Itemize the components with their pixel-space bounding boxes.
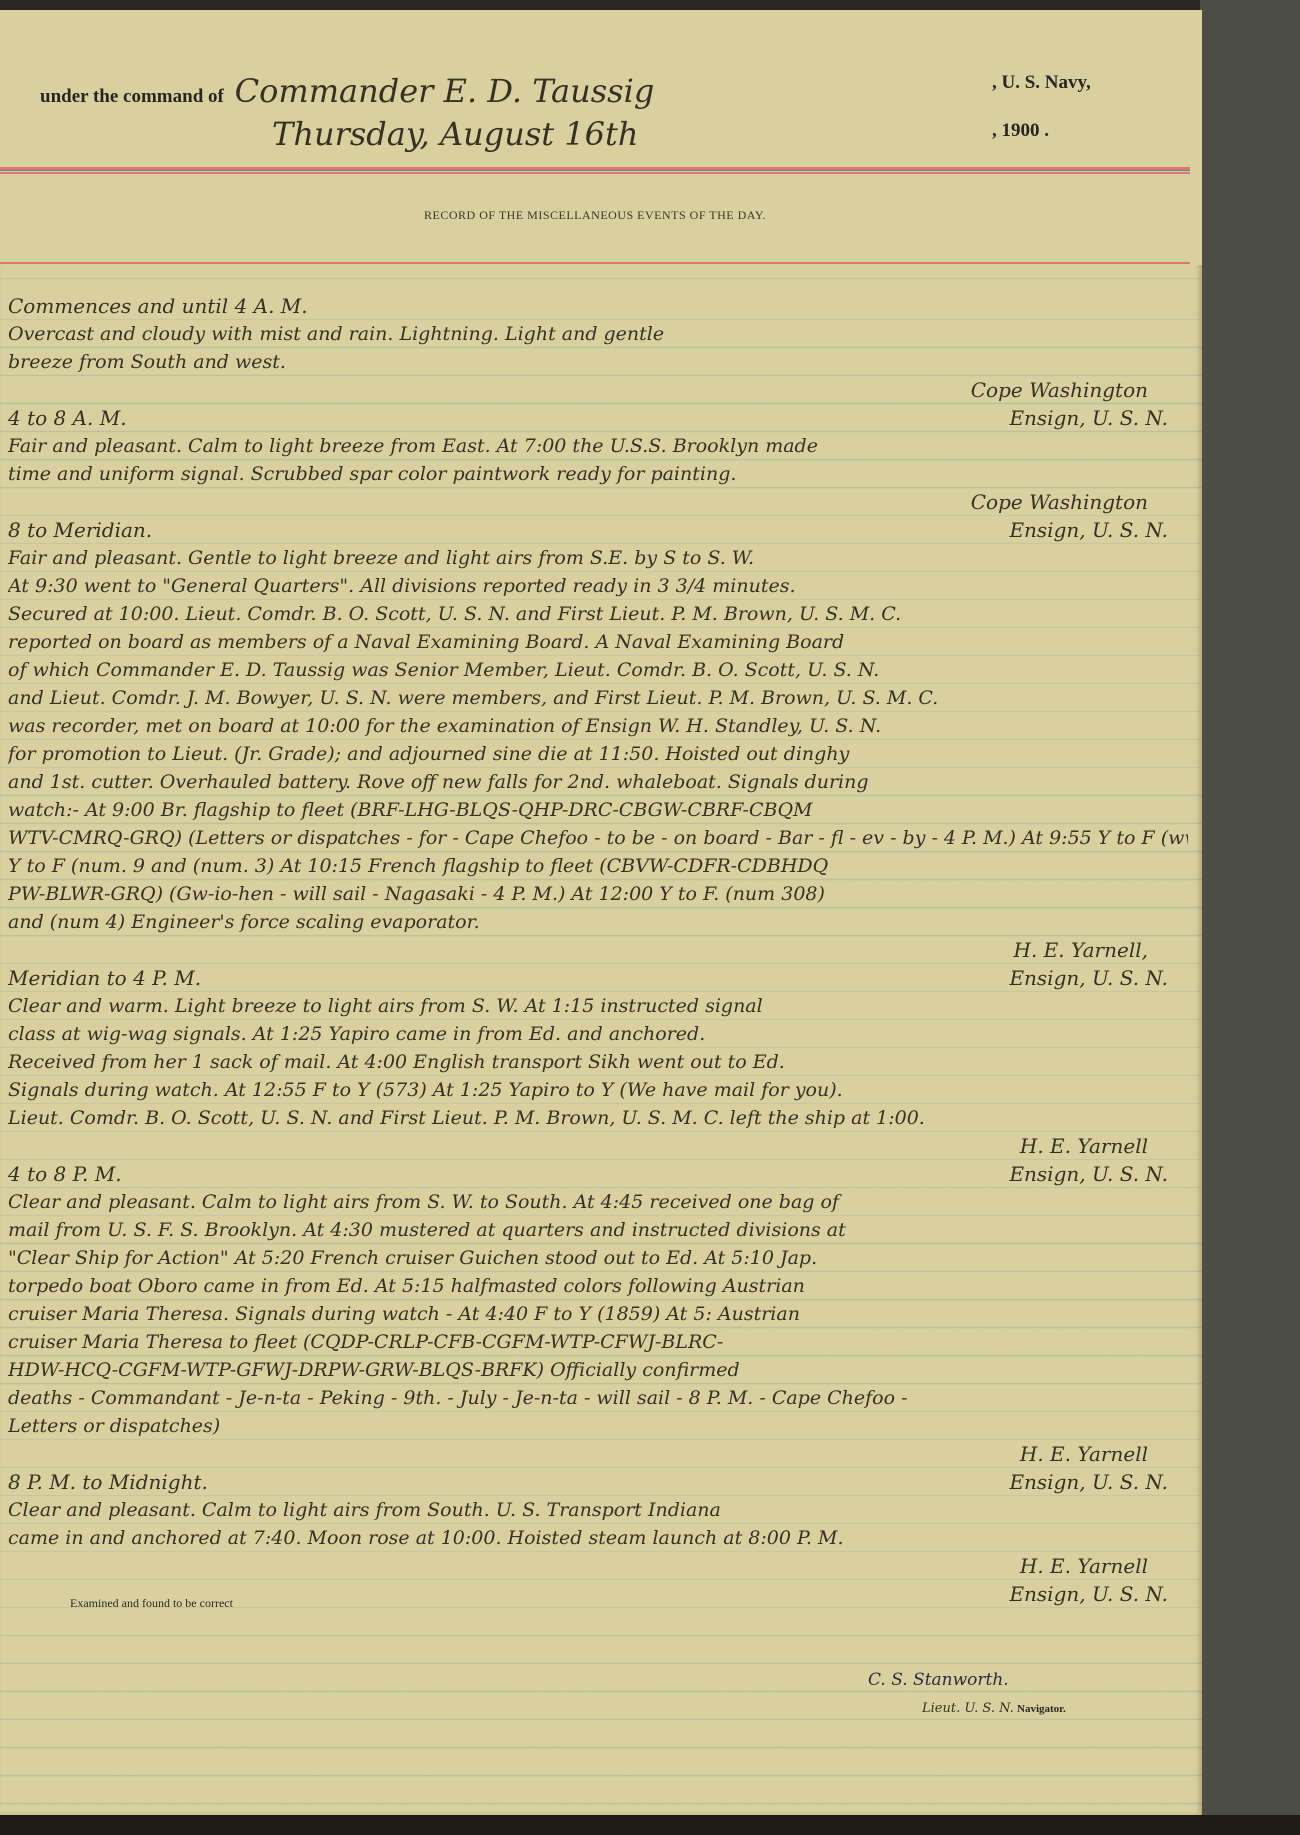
log-page: under the command of Commander E. D. Tau… xyxy=(0,10,1202,1815)
officer-signature: H. E. Yarnell xyxy=(8,1552,1188,1580)
watch-heading-text: 8 to Meridian. xyxy=(8,518,152,542)
watch-heading-text: Meridian to 4 P. M. xyxy=(8,966,201,990)
log-line: At 9:30 went to "General Quarters". All … xyxy=(8,572,1188,600)
officer-signature: Cope Washington xyxy=(8,488,1188,516)
log-line: and (num 4) Engineer's force scaling eva… xyxy=(8,908,1188,936)
log-line: class at wig-wag signals. At 1:25 Yapiro… xyxy=(8,1020,1188,1048)
officer-rank: Ensign, U. S. N. xyxy=(1009,1468,1168,1496)
log-line: deaths - Commandant - Je-n-ta - Peking -… xyxy=(8,1384,1188,1412)
log-line: Overcast and cloudy with mist and rain. … xyxy=(8,320,1188,348)
watch-heading: Meridian to 4 P. M. Ensign, U. S. N. xyxy=(8,964,1188,992)
header-blue-rule xyxy=(0,170,1190,171)
navigator-printed-label: Navigator. xyxy=(1017,1703,1066,1715)
watch-heading: 4 to 8 A. M. Ensign, U. S. N. xyxy=(8,404,1188,432)
log-line: cruiser Maria Theresa. Signals during wa… xyxy=(8,1300,1188,1328)
examined-label: Examined and found to be correct xyxy=(70,1596,233,1611)
navy-suffix: , U. S. Navy, xyxy=(992,72,1091,94)
officer-rank: Ensign, U. S. N. xyxy=(1009,1160,1168,1188)
section-red-rule xyxy=(0,262,1190,264)
log-line: cruiser Maria Theresa to fleet (CQDP-CRL… xyxy=(8,1328,1188,1356)
log-line: watch:- At 9:00 Br. flagship to fleet (B… xyxy=(8,796,1188,824)
watch-heading-text: 4 to 8 A. M. xyxy=(8,406,127,430)
log-line: was recorder, met on board at 10:00 for … xyxy=(8,712,1188,740)
log-line: for promotion to Lieut. (Jr. Grade); and… xyxy=(8,740,1188,768)
officer-signature: H. E. Yarnell xyxy=(8,1440,1188,1468)
officer-signature: H. E. Yarnell xyxy=(8,1132,1188,1160)
log-line: mail from U. S. F. S. Brooklyn. At 4:30 … xyxy=(8,1216,1188,1244)
watch-heading-text: 8 P. M. to Midnight. xyxy=(8,1470,208,1494)
officer-rank: Ensign, U. S. N. xyxy=(1009,964,1168,992)
officer-rank: Ensign, U. S. N. xyxy=(1009,404,1168,432)
record-title: RECORD OF THE MISCELLANEOUS EVENTS OF TH… xyxy=(0,208,1190,223)
officer-signature: H. E. Yarnell, xyxy=(8,936,1188,964)
navigator-title: Lieut. U. S. N. Navigator. xyxy=(922,1700,1066,1716)
log-line: of which Commander E. D. Taussig was Sen… xyxy=(8,656,1188,684)
watch-heading: Commences and until 4 A. M. xyxy=(8,292,1188,320)
navigator-signature: C. S. Stanworth. xyxy=(868,1670,1009,1690)
log-line: "Clear Ship for Action" At 5:20 French c… xyxy=(8,1244,1188,1272)
log-line: Letters or dispatches) xyxy=(8,1412,1188,1440)
log-line: Lieut. Comdr. B. O. Scott, U. S. N. and … xyxy=(8,1104,1188,1132)
log-line: and Lieut. Comdr. J. M. Bowyer, U. S. N.… xyxy=(8,684,1188,712)
log-entries: Commences and until 4 A. M. Overcast and… xyxy=(8,292,1188,1608)
log-line: Clear and warm. Light breeze to light ai… xyxy=(8,992,1188,1020)
watch-heading: 8 P. M. to Midnight. Ensign, U. S. N. xyxy=(8,1468,1188,1496)
log-line: and 1st. cutter. Overhauled battery. Rov… xyxy=(8,768,1188,796)
log-line: came in and anchored at 7:40. Moon rose … xyxy=(8,1524,1188,1552)
book-binding xyxy=(1200,0,1300,1835)
log-line: Received from her 1 sack of mail. At 4:0… xyxy=(8,1048,1188,1076)
command-line: under the command of Commander E. D. Tau… xyxy=(40,72,654,110)
log-line: torpedo boat Oboro came in from Ed. At 5… xyxy=(8,1272,1188,1300)
log-line: Fair and pleasant. Calm to light breeze … xyxy=(8,432,1188,460)
log-line: Y to F (num. 9 and (num. 3) At 10:15 Fre… xyxy=(8,852,1188,880)
log-line: HDW-HCQ-CGFM-WTP-GFWJ-DRPW-GRW-BLQS-BRFK… xyxy=(8,1356,1188,1384)
watch-heading: 4 to 8 P. M. Ensign, U. S. N. xyxy=(8,1160,1188,1188)
officer-rank: Ensign, U. S. N. xyxy=(1009,516,1168,544)
log-line: reported on board as members of a Naval … xyxy=(8,628,1188,656)
commander-name: Commander E. D. Taussig xyxy=(235,72,655,110)
log-line: Signals during watch. At 12:55 F to Y (5… xyxy=(8,1076,1188,1104)
command-prefix: under the command of xyxy=(40,86,224,107)
log-line: WTV-CMRQ-GRQ) (Letters or dispatches - f… xyxy=(8,824,1188,852)
watch-heading: 8 to Meridian. Ensign, U. S. N. xyxy=(8,516,1188,544)
log-date: Thursday, August 16th xyxy=(272,115,638,153)
officer-signature: Cope Washington xyxy=(8,376,1188,404)
log-line: Clear and pleasant. Calm to light airs f… xyxy=(8,1496,1188,1524)
log-line: Clear and pleasant. Calm to light airs f… xyxy=(8,1188,1188,1216)
log-year: , 1900 . xyxy=(992,120,1049,142)
log-line: Secured at 10:00. Lieut. Comdr. B. O. Sc… xyxy=(8,600,1188,628)
log-line: time and uniform signal. Scrubbed spar c… xyxy=(8,460,1188,488)
log-line: breeze from South and west. xyxy=(8,348,1188,376)
navigator-rank: Lieut. U. S. N. xyxy=(922,1701,1014,1716)
log-line: PW-BLWR-GRQ) (Gw-io-hen - will sail - Na… xyxy=(8,880,1188,908)
watch-heading-text: 4 to 8 P. M. xyxy=(8,1162,122,1186)
page-bottom-edge xyxy=(0,1815,1300,1835)
log-line: Fair and pleasant. Gentle to light breez… xyxy=(8,544,1188,572)
header-red-rule-2 xyxy=(0,172,1190,174)
